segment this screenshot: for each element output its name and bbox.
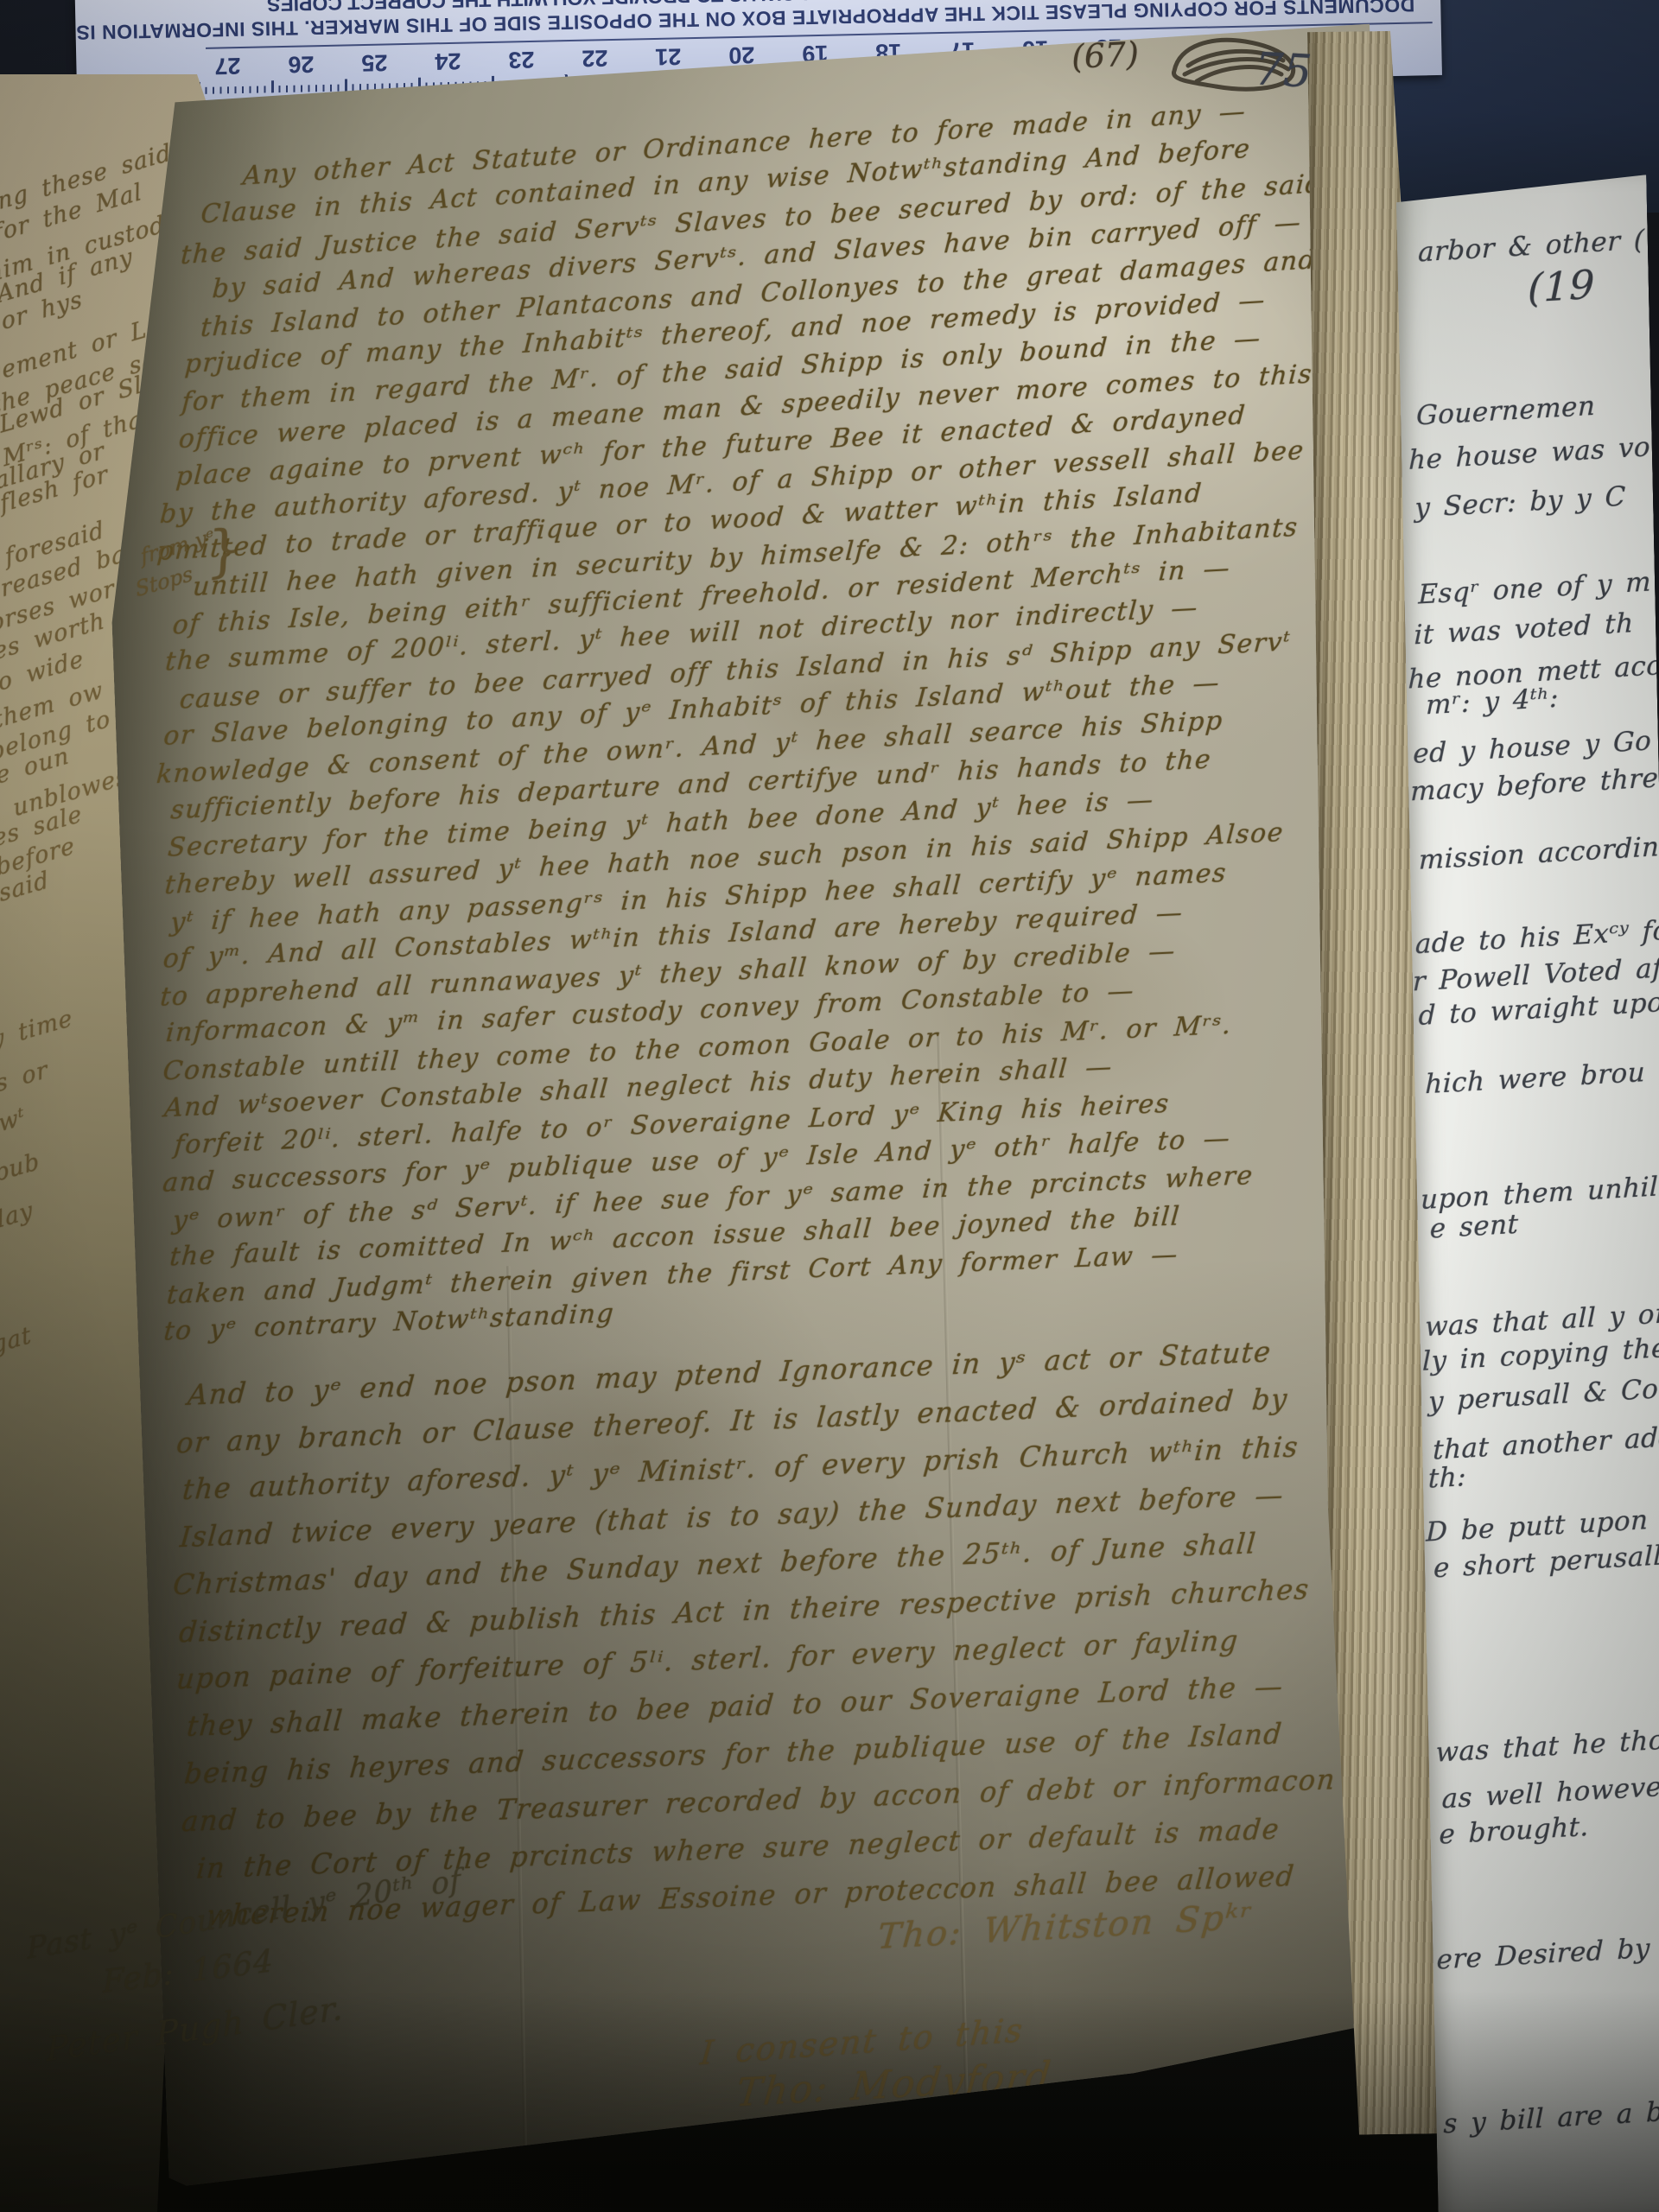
ruler-number: 24 [435,48,461,75]
right-page-text-fragment: y Secr: by y C [1414,480,1626,524]
right-page-text-fragment: ed y house y Go [1413,725,1651,770]
ruler-number: 20 [728,41,755,69]
right-page-text-fragment: mʳ: y 4ᵗʰ: [1426,683,1559,721]
right-page-text-fragment: ere Desired by y [1436,1931,1659,1976]
left-page-text-fragment: wᵗ [0,1103,28,1137]
right-page-text-fragment: (19 [1528,261,1596,311]
right-page-text-fragment: e short perusall [1433,1541,1659,1585]
left-page-text-fragment: y time [0,1005,75,1055]
right-page-text-fragment: was that he thou [1435,1724,1659,1769]
right-page-text-fragment: it was voted th [1414,607,1634,651]
right-page-text-fragment: macy before three [1410,761,1659,807]
right-page-text-fragment: Gouernemen [1416,391,1596,432]
right-page-text-fragment: Esqʳ one of y m [1418,566,1651,610]
ruler-number: 25 [361,48,388,76]
right-page: arbor & other ((19Gouernemenhe house was… [1395,175,1659,2212]
main-manuscript-page: Any other Act Statute or Ordinance here … [92,24,1447,2187]
right-page-text-fragment: s y bill are a bil [1443,2095,1659,2139]
right-page-text-fragment: upon them unhill [1421,1171,1659,1216]
right-page-text-fragment: arbor & other ( [1418,225,1645,269]
right-page-text-fragment: y perusall & Co [1428,1374,1659,1418]
left-page-text-fragment: s or [0,1057,50,1098]
ruler-number: 23 [508,46,535,73]
manuscript-photo: { "ruler": { "text_line_top": "E TO ALLO… [0,0,1659,2212]
right-page-text-fragment: e sent [1430,1209,1519,1245]
right-page-text-fragment: as well however [1441,1770,1659,1815]
left-page-text-fragment: gat [0,1322,34,1360]
right-page-text-fragment: ade to his Exᶜʸ fo [1415,915,1659,961]
right-page-text-fragment: th: [1428,1461,1467,1495]
right-page-text-fragment: that another add [1433,1421,1659,1466]
left-page-text-fragment: pub [0,1148,42,1188]
ruler-number: 27 [214,52,241,79]
ruler-number: 26 [288,50,315,78]
right-page-text-fragment: mission accordin [1419,831,1659,876]
right-page-text-fragment: D be putt upon y b [1426,1501,1659,1548]
right-page-text-fragment: he house was vo [1408,431,1650,476]
right-page-text-fragment: hich were brou [1425,1057,1645,1100]
old-folio-number: (67) [1071,35,1140,76]
left-page-text-fragment: lay [0,1197,35,1234]
right-page-text-fragment: e brought. [1439,1811,1589,1851]
ruler-number: 22 [582,44,608,72]
pencil-page-number: 75 [1253,43,1313,98]
ruler-number: 21 [655,42,682,70]
